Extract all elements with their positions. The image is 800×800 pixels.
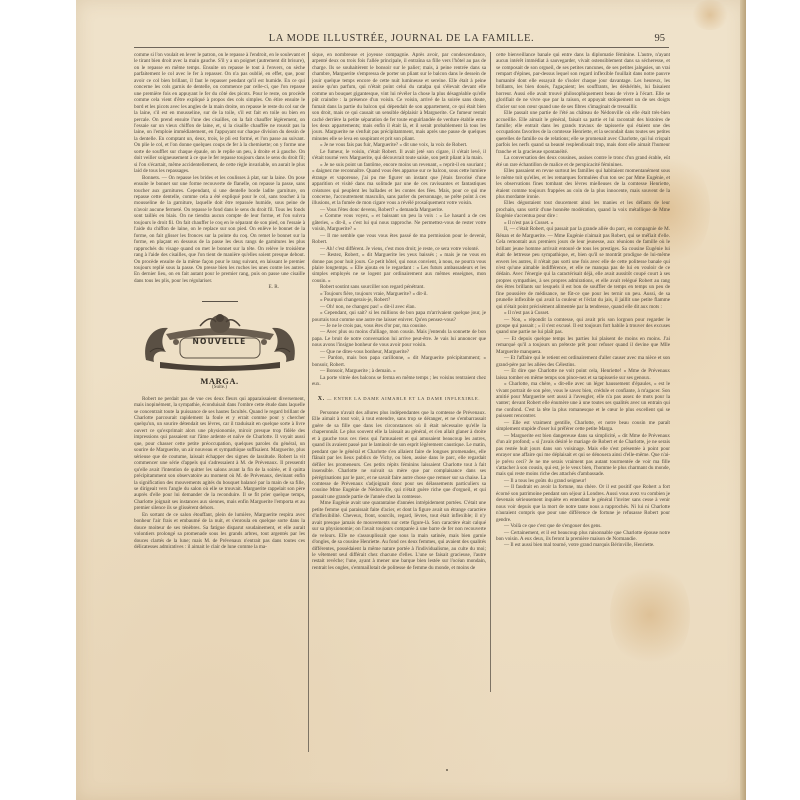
story-paragraph: — Et dire que Charlotte ne voit point ce… <box>496 368 670 381</box>
page-edge <box>740 0 746 800</box>
article-paragraph: comme si l'on voulait en lever le patron… <box>134 52 305 175</box>
story-paragraph: — Non, » répondit la comtesse, qui avait… <box>496 317 670 336</box>
story-paragraph: — Et l'affaire qui le retient est ordina… <box>496 355 670 368</box>
vignette-label: NOUVELLE <box>140 339 300 345</box>
story-paragraph: — Il faudrait en avoir la fortune, ma ch… <box>496 484 670 523</box>
nouvelle-vignette: NOUVELLE <box>140 312 300 372</box>
story-subtitle: (Suite.) <box>134 385 305 391</box>
story-paragraph: Le fumeur, le voisin, c'était Robert. Il… <box>312 149 486 162</box>
story-paragraph: — Il me semble que vous vous êtes passé … <box>312 233 486 246</box>
story-paragraph: La conversation des deux cousines, assis… <box>496 155 670 168</box>
author-signature: E. R. <box>134 284 305 290</box>
page-number: 95 <box>655 33 666 44</box>
story-paragraph: En sortant de ce salon étouffant, plein … <box>134 512 305 551</box>
story-paragraph: « Comme vous voyez, » et baissant un peu… <box>312 213 486 232</box>
story-title: MARGA. <box>134 378 305 384</box>
story-paragraph: — Avec plus ou moins d'alliage, mon cous… <box>312 329 486 348</box>
story-paragraph: sique, en nombreuse et joyeuse compagnie… <box>312 52 486 142</box>
story-paragraph: « Charlotte, ma chère, » dit-elle avec u… <box>496 381 670 420</box>
chapter-number: X. <box>318 396 325 402</box>
chapter-heading: X. — ENTRE LA DAME AIMABLE ET LA DAME IN… <box>312 396 486 402</box>
chapter-title: — ENTRE LA DAME AIMABLE ET LA DAME INFLE… <box>327 396 480 401</box>
print-mark <box>446 769 448 771</box>
print-mark <box>642 69 644 71</box>
story-paragraph: — Il est aussi bien mal tourné, votre gr… <box>496 542 670 548</box>
story-paragraph: Mme Eugénie avait une quarantaine d'anné… <box>312 500 486 571</box>
paper-stain <box>610 560 690 670</box>
story-paragraph: « Je ne vous fais pas fuir, Marguerite? … <box>312 142 486 148</box>
story-paragraph: — Certainement, et il est beaucoup plus … <box>496 530 670 543</box>
separator-rule <box>202 301 238 302</box>
story-paragraph: « Je ne suis point un fantôme, encore mo… <box>312 162 486 207</box>
story-paragraph: — Et depuis quelque temps les parties lu… <box>496 336 670 355</box>
column-divider <box>490 52 491 692</box>
paper-stain <box>690 0 730 30</box>
story-paragraph: — Restez, Robert, » dit Marguerite les y… <box>312 252 486 284</box>
story-paragraph: Elles dégustaient tout doucement ainsi l… <box>496 200 670 219</box>
column-left: comme si l'on voulait en lever le patron… <box>134 52 305 551</box>
story-paragraph: — Pardon, mais bon papa carillonne, » di… <box>312 355 486 368</box>
running-header: LA MODE ILLUSTRÉE, JOURNAL DE LA FAMILLE… <box>134 33 669 48</box>
column-divider <box>308 52 309 752</box>
story-paragraph: cette bienveillance banale qui entre dan… <box>496 52 670 110</box>
story-paragraph: La porte vitrée des balcons se ferma en … <box>312 375 486 388</box>
story-paragraph: Personne n'avait des allures plus indépe… <box>312 410 486 500</box>
column-middle: sique, en nombreuse et joyeuse compagnie… <box>312 52 486 571</box>
article-paragraph: Bonnets. — On repasse les brides et les … <box>134 175 305 285</box>
story-paragraph: — Elle est vraiment gentille, Charlotte,… <box>496 420 670 433</box>
story-paragraph: Elles passaient en revue surtout les fam… <box>496 168 670 200</box>
column-right: cette bienveillance banale qui entre dan… <box>496 52 670 549</box>
story-paragraph: Il, — c'était Robert, qui passait par la… <box>496 226 670 310</box>
story-paragraph: « Cependant, qui sait? si les millions d… <box>312 310 486 323</box>
journal-title: LA MODE ILLUSTRÉE, JOURNAL DE LA FAMILLE… <box>134 33 669 44</box>
story-paragraph: — Marguerite est bien dangereuse dans sa… <box>496 433 670 478</box>
story-paragraph: Elle passait une partie de l'été au chât… <box>496 110 670 155</box>
story-paragraph: Robert ne perdait pas de vue ces deux fl… <box>134 396 305 512</box>
